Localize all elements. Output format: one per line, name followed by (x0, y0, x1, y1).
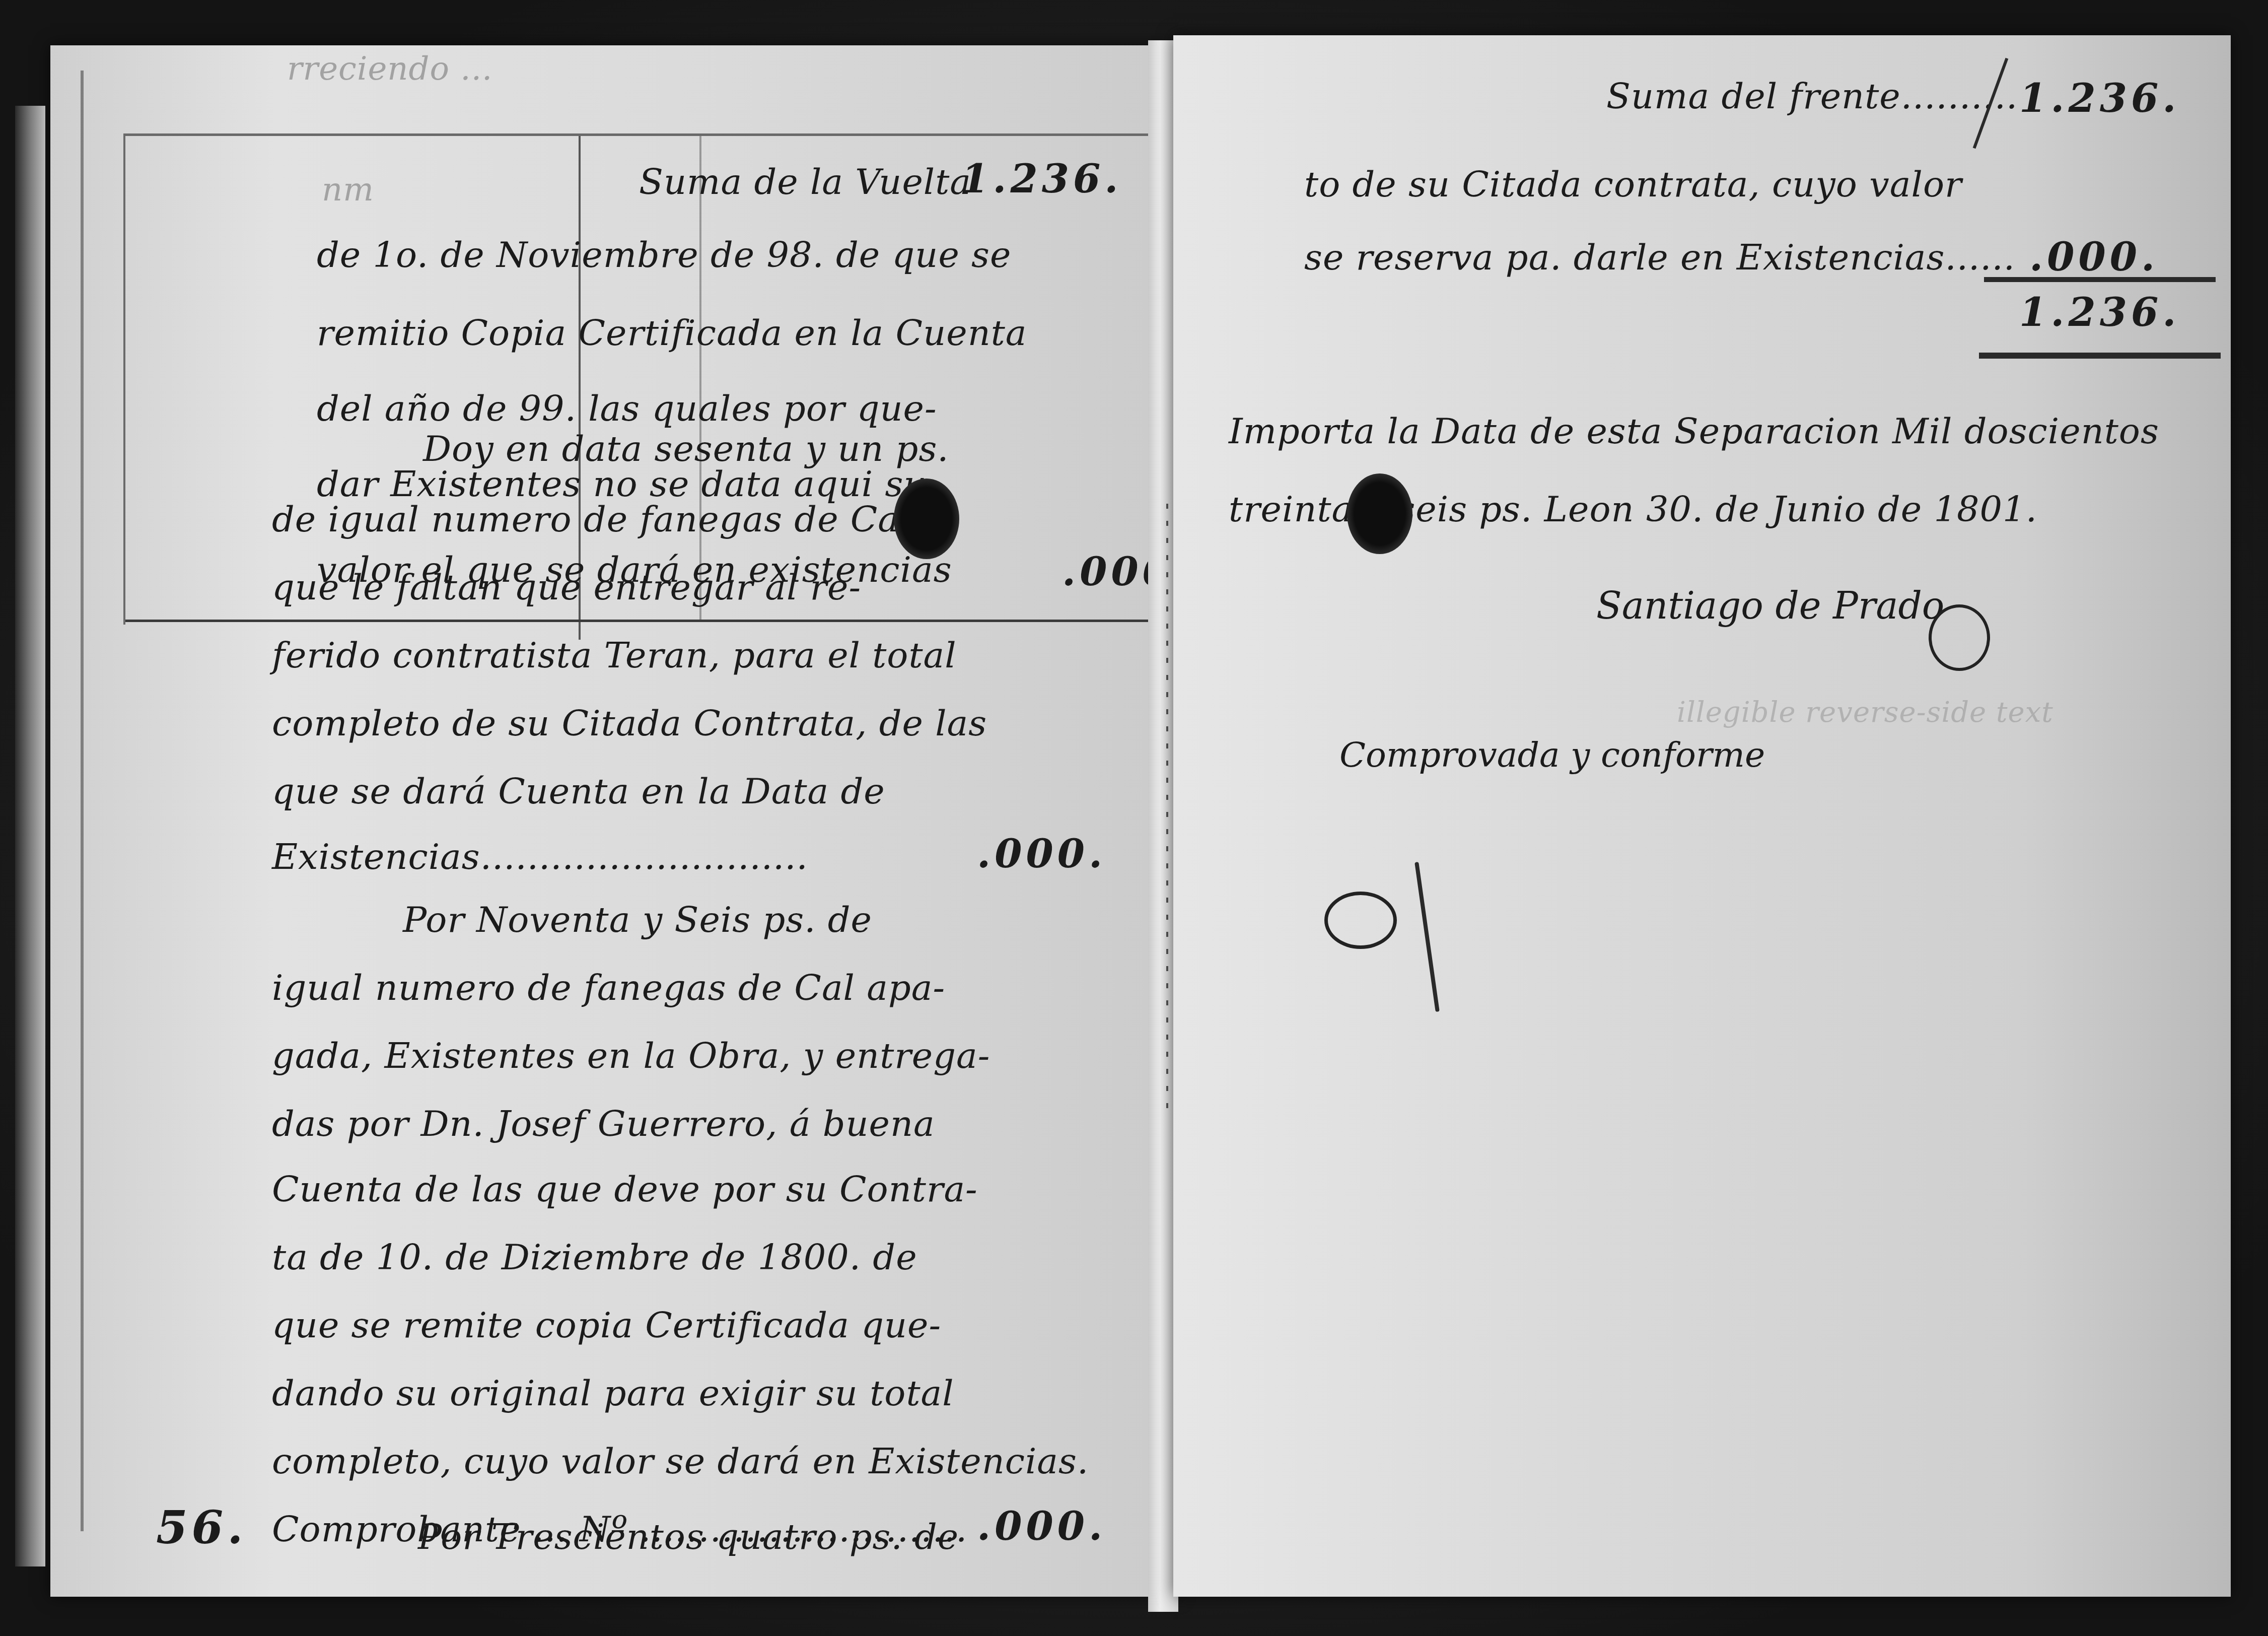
entry2-line-4: das por Dn. Josef Guerrero, á buena (272, 1103, 935, 1144)
subtotal-rule (1984, 277, 2216, 282)
right-header-label: Suma del frente.......... (1606, 76, 2018, 117)
entry2-line-7: que se remite copia Certificada que- (272, 1305, 941, 1346)
signer-rubric-flourish (1929, 604, 1990, 671)
left-margin-rule (81, 71, 84, 1531)
binding-hole-left (894, 479, 959, 559)
entry1-line-4: ferido contratista Teran, para el total (272, 635, 957, 676)
stitch-holes (1166, 504, 1168, 1108)
slip-line-1: de 1o. de Noviembre de 98. de que se (317, 234, 1011, 276)
entry3-line-1: Por Trescientos quatro ps. de (418, 1516, 959, 1557)
entry1-line-5: completo de su Citada Contrata, de las (272, 703, 987, 744)
attestation-rubric-stroke (1414, 862, 1440, 1012)
slip-column-rule-faint (699, 136, 701, 620)
entry2-line-2: igual numero de fanegas de Cal apa- (272, 967, 945, 1008)
left-page: rreciendo ... nm Suma de la Vuelta 1.236… (50, 45, 1178, 1597)
right-header-amount: 1.236. (2019, 76, 2180, 121)
bleed-through-text: illegible reverse-side text (1677, 690, 2180, 1546)
right-page: Suma del frente.......... 1.236. to de s… (1173, 35, 2231, 1597)
signer-name: Santiago de Prado (1596, 584, 1944, 628)
total-amount: 1.236. (2019, 290, 2180, 335)
slip-header-label: Suma de la Vuelta (639, 161, 971, 202)
attached-slip: nm Suma de la Vuelta 1.236. de 1o. de No… (123, 133, 1163, 625)
top-fragment-text: rreciendo ... (287, 50, 492, 88)
slip-bottom-rule (125, 620, 1213, 622)
binding-hole-right (1347, 473, 1412, 554)
entry2-line-9: completo, cuyo valor se dará en Existenc… (272, 1441, 1089, 1482)
page-edge-stack (15, 106, 45, 1566)
continuation-line-1: to de su Citada contrata, cuyo valor (1304, 164, 1962, 205)
entry2-amount: .000. (977, 1504, 1106, 1549)
entry2-line-6: ta de 10. de Diziembre de 1800. de (272, 1237, 917, 1278)
continuation-amount: .000. (2029, 234, 2159, 280)
slip-line-2: remitio Copia Certificada en la Cuenta (317, 312, 1027, 354)
entry1-line-1: Doy en data sesenta y un ps. (423, 428, 949, 469)
entry1-amount: .000. (977, 831, 1106, 877)
entry2-line-5: Cuenta de las que deve por su Contra- (272, 1169, 978, 1210)
closing-line-1: Importa la Data de esta Separacion Mil d… (1229, 411, 2159, 452)
entry2-margin-number: 56. (156, 1501, 247, 1554)
total-double-rule (1979, 353, 2221, 359)
slip-header-amount: 1.236. (961, 156, 1122, 202)
entry1-line-6: que se dará Cuenta en la Data de (272, 771, 885, 812)
continuation-line-2: se reserva pa. darle en Existencias.....… (1304, 237, 2015, 278)
slip-line-3: del año de 99. las quales por que- (317, 388, 937, 429)
entry1-line-3: que le faltan que entregar al re- (272, 567, 861, 608)
entry2-line-8: dando su original para exigir su total (272, 1373, 954, 1414)
entry2-line-3: gada, Existentes en la Obra, y entrega- (272, 1035, 990, 1076)
entry1-line-2: de igual numero de fanegas de Cal (272, 499, 911, 540)
attestation-rubric-loop (1324, 892, 1397, 949)
entry2-line-1: Por Noventa y Seis ps. de (403, 899, 872, 940)
slip-margin-mark: nm (322, 171, 374, 209)
entry1-line-7: Existencias............................ (272, 836, 808, 877)
